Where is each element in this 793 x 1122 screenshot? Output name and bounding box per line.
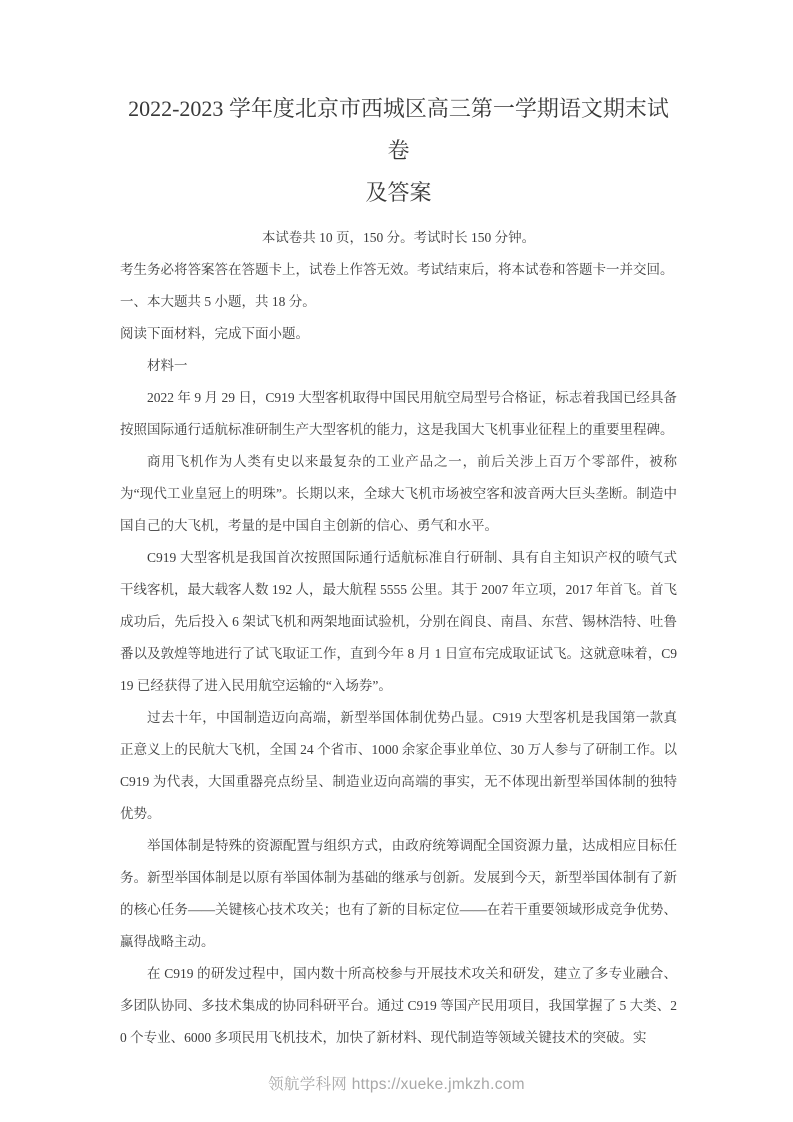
reading-instruction: 阅读下面材料，完成下面小题。 [120,318,677,350]
page-title-line2: 及答案 [365,180,431,205]
paragraph: 2022 年 9 月 29 日，C919 大型客机取得中国民用航空局型号合格证，… [120,382,677,446]
page-title-line1: 2022-2023 学年度北京市西城区高三第一学期语文期末试卷 [128,96,669,163]
exam-meta-line: 本试卷共 10 页，150 分。考试时长 150 分钟。 [120,222,677,254]
paragraph: 过去十年，中国制造迈向高端，新型举国体制优势凸显。C919 大型客机是我国第一款… [120,702,677,830]
paragraph: 在 C919 的研发过程中，国内数十所高校参与开展技术攻关和研发，建立了多专业融… [120,958,677,1054]
exam-paper-page: 2022-2023 学年度北京市西城区高三第一学期语文期末试卷 及答案 本试卷共… [0,0,793,1122]
paragraph: 商用飞机作为人类有史以来最复杂的工业产品之一，前后关涉上百万个零部件，被称为“现… [120,446,677,542]
page-title: 2022-2023 学年度北京市西城区高三第一学期语文期末试卷 及答案 [120,88,677,214]
material-label: 材料一 [120,350,677,382]
watermark-footer: 领航学科网 https://xueke.jmkzh.com [0,1072,793,1094]
paragraph: C919 大型客机是我国首次按照国际通行适航标准自行研制、具有自主知识产权的喷气… [120,542,677,702]
exam-body: 考生务必将答案答在答题卡上，试卷上作答无效。考试结束后，将本试卷和答题卡一并交回… [120,254,677,1054]
section-heading: 一、本大题共 5 小题，共 18 分。 [120,286,677,318]
exam-notice: 考生务必将答案答在答题卡上，试卷上作答无效。考试结束后，将本试卷和答题卡一并交回… [120,254,677,286]
paragraph: 举国体制是特殊的资源配置与组织方式，由政府统筹调配全国资源力量，达成相应目标任务… [120,830,677,958]
